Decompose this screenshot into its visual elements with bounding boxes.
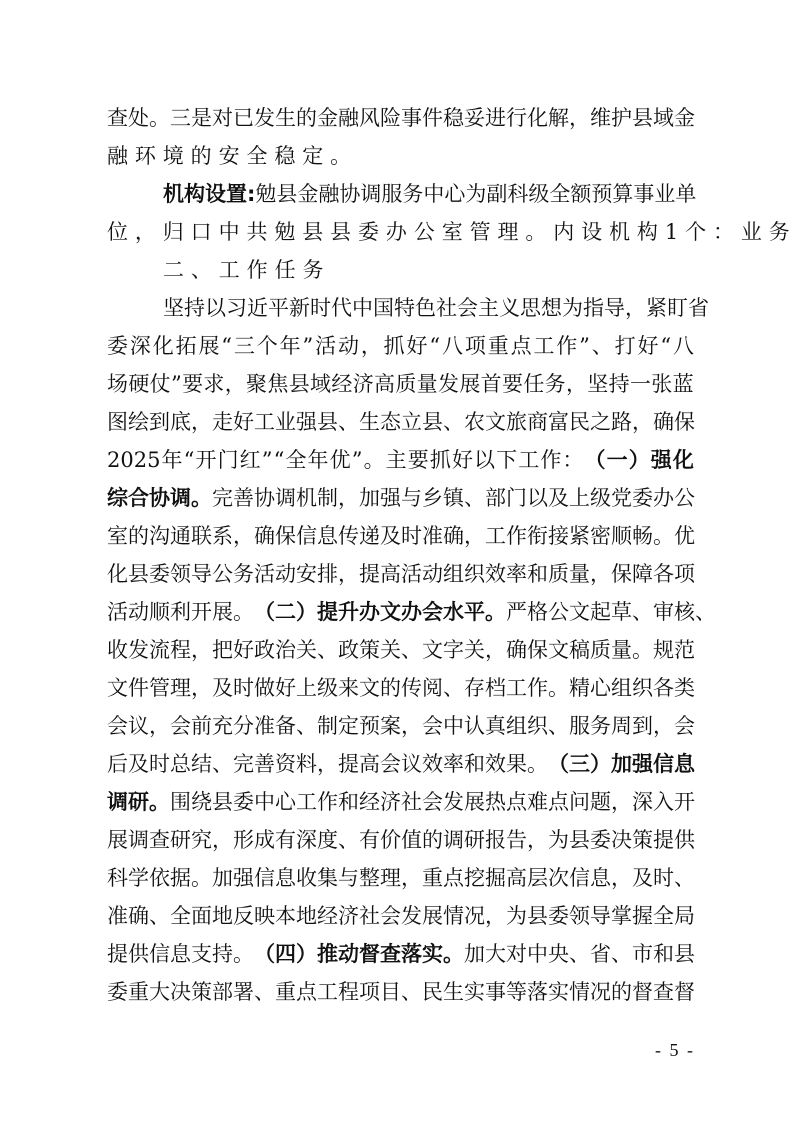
text-line: 提供信息支持。（四）推动督查落实。加大对中央、省、市和县 — [107, 939, 694, 977]
text-line: 机构设置:勉县金融协调服务中心为副科级全额预算事业单 — [107, 179, 694, 217]
document-page: 查处。三是对已发生的金融风险事件稳妥进行化解，维护县域金融环境的安全稳定。机构设… — [0, 0, 793, 1122]
text-line: 2025年“开门红”“全年优”。主要抓好以下工作：（一）强化 — [107, 445, 694, 483]
text-line: 查处。三是对已发生的金融风险事件稳妥进行化解，维护县域金 — [107, 103, 694, 141]
text-line: 活动顺利开展。（二）提升办文办会水平。严格公文起草、审核、 — [107, 597, 694, 635]
text-line: 文件管理，及时做好上级来文的传阅、存档工作。精心组织各类 — [107, 673, 694, 711]
text-line: 科学依据。加强信息收集与整理，重点挖掘高层次信息，及时、 — [107, 863, 694, 901]
text-line: 融环境的安全稳定。 — [107, 141, 694, 179]
text-line: 收发流程，把好政治关、政策关、文字关，确保文稿质量。规范 — [107, 635, 694, 673]
document-body: 查处。三是对已发生的金融风险事件稳妥进行化解，维护县域金融环境的安全稳定。机构设… — [107, 103, 694, 1015]
text-line: 图绘到底，走好工业强县、生态立县、农文旅商富民之路，确保 — [107, 407, 694, 445]
text-line: 后及时总结、完善资料，提高会议效率和效果。（三）加强信息 — [107, 749, 694, 787]
text-line: 委重大决策部署、重点工程项目、民生实事等落实情况的督查督 — [107, 977, 694, 1015]
text-line: 室的沟通联系，确保信息传递及时准确，工作衔接紧密顺畅。优 — [107, 521, 694, 559]
text-line: 调研。围绕县委中心工作和经济社会发展热点难点问题，深入开 — [107, 787, 694, 825]
section-heading: 二、工作任务 — [107, 255, 694, 293]
text-line: 场硬仗”要求，聚焦县域经济高质量发展首要任务，坚持一张蓝 — [107, 369, 694, 407]
page-number: - 5 - — [655, 1040, 695, 1061]
text-line: 委深化拓展“三个年”活动，抓好“八项重点工作”、打好“八 — [107, 331, 694, 369]
text-line: 综合协调。完善协调机制，加强与乡镇、部门以及上级党委办公 — [107, 483, 694, 521]
text-line: 位，归口中共勉县县委办公室管理。内设机构1个：业务股。 — [107, 217, 694, 255]
text-line: 坚持以习近平新时代中国特色社会主义思想为指导，紧盯省 — [107, 293, 694, 331]
text-line: 展调查研究，形成有深度、有价值的调研报告，为县委决策提供 — [107, 825, 694, 863]
text-line: 会议，会前充分准备、制定预案，会中认真组织、服务周到，会 — [107, 711, 694, 749]
text-line: 准确、全面地反映本地经济社会发展情况，为县委领导掌握全局 — [107, 901, 694, 939]
text-line: 化县委领导公务活动安排，提高活动组织效率和质量，保障各项 — [107, 559, 694, 597]
